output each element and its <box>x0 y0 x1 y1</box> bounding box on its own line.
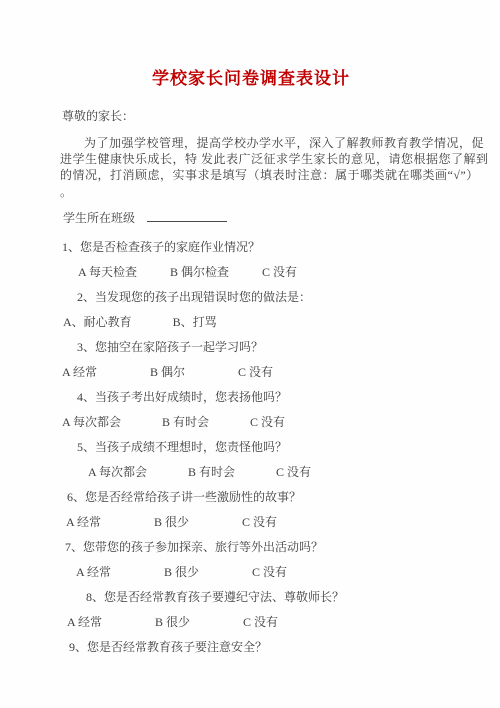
option-c: C 没有 <box>238 366 273 378</box>
question-1-options: A 每天检查 B 偶尔检查 C 没有 <box>60 266 442 278</box>
option-c: C 没有 <box>250 416 285 428</box>
question-9-label: 9、您是否经常教育孩子要注意安全？ <box>60 641 442 653</box>
option-a: A 经常 <box>62 366 97 378</box>
option-b: B 偶尔 <box>150 366 185 378</box>
intro-line: 为了加强学校管理，提高学校办学水平，深入了解教师教育教学情况，促 <box>60 135 442 151</box>
option-a: A 经常 <box>67 616 102 628</box>
option-b: B 很少 <box>155 616 190 628</box>
question-5-label: 5、当孩子成绩不理想时，您责怪他吗？ <box>60 441 442 453</box>
question-8-label: 8、您是否经常教育孩子要遵纪守法、尊敬师长？ <box>60 591 442 603</box>
question-1-label: 1、您是否检查孩子的家庭作业情况？ <box>60 241 442 253</box>
salutation: 尊敬的家长： <box>62 107 442 124</box>
question-list: 1、您是否检查孩子的家庭作业情况？ A 每天检查 B 偶尔检查 C 没有 2、当… <box>60 241 442 653</box>
question-5-options: A 每次都会 B 有时会 C 没有 <box>60 466 442 478</box>
intro-paragraph: 为了加强学校管理，提高学校办学水平，深入了解教师教育教学情况，促 进学生健康快乐… <box>60 135 442 200</box>
intro-line: 的情况，打消顾虑，实事求是填写（填表时注意：属于哪类就在哪类画“√”） <box>60 167 442 183</box>
question-6-options: A 经常 B 很少 C 没有 <box>60 516 442 528</box>
option-b: B 很少 <box>164 566 199 578</box>
option-a: A 每次都会 <box>62 416 121 428</box>
question-4-label: 4、当孩子考出好成绩时，您表扬他吗？ <box>60 391 442 403</box>
student-class-label: 学生所在班级 <box>63 211 135 225</box>
option-a: A 经常 <box>76 566 111 578</box>
question-3-label: 3、您抽空在家陪孩子一起学习吗？ <box>60 341 442 353</box>
option-a: A、耐心教育 <box>63 316 132 328</box>
option-b: B 偶尔检查 <box>170 266 229 278</box>
option-c: C 没有 <box>242 516 277 528</box>
option-a: A 每天检查 <box>78 266 137 278</box>
question-4-options: A 每次都会 B 有时会 C 没有 <box>60 416 442 428</box>
intro-line: 进学生健康快乐成长，特 发此表广泛征求学生家长的意见，请您根据您了解到 <box>60 151 442 167</box>
option-b: B 有时会 <box>162 416 209 428</box>
intro-line: 。 <box>60 184 442 200</box>
question-7-options: A 经常 B 很少 C 没有 <box>60 566 442 578</box>
student-class-field: 学生所在班级 <box>60 209 442 226</box>
option-c: C 没有 <box>252 566 287 578</box>
questionnaire-document-page: 学校家长问卷调查表设计 尊敬的家长： 为了加强学校管理，提高学校办学水平，深入了… <box>0 0 500 708</box>
question-6-label: 6、您是否经常给孩子讲一些激励性的故事？ <box>60 491 442 503</box>
question-7-label: 7、您带您的孩子参加探亲、旅行等外出活动吗？ <box>60 541 442 553</box>
question-3-options: A 经常 B 偶尔 C 没有 <box>60 366 442 378</box>
page-title: 学校家长问卷调查表设计 <box>60 64 442 89</box>
option-c: C 没有 <box>276 466 311 478</box>
question-2-options: A、耐心教育 B、打骂 <box>60 316 442 328</box>
option-b: B 很少 <box>154 516 189 528</box>
student-class-blank-line <box>147 209 227 222</box>
option-c: C 没有 <box>262 266 297 278</box>
question-8-options: A 经常 B 很少 C 没有 <box>60 616 442 628</box>
option-b: B、打骂 <box>173 316 217 328</box>
option-a: A 每次都会 <box>88 466 147 478</box>
option-b: B 有时会 <box>188 466 235 478</box>
question-2-label: 2、当发现您的孩子出现错误时您的做法是： <box>60 291 442 303</box>
option-a: A 经常 <box>66 516 101 528</box>
option-c: C 没有 <box>243 616 278 628</box>
